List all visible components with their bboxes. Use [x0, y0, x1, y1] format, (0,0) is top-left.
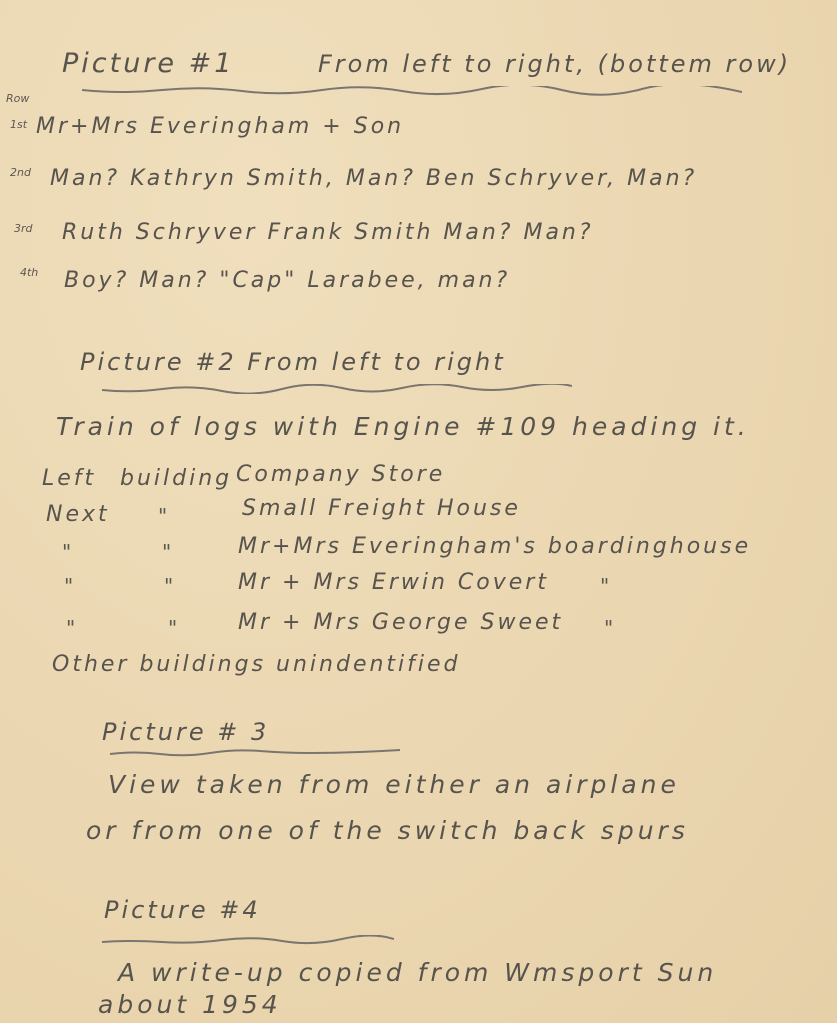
picture-4-heading: Picture #4 — [104, 896, 261, 924]
ditto-mark: " — [158, 504, 167, 528]
building-text: Mr + Mrs George Sweet — [238, 610, 563, 635]
row-text: Mr+Mrs Everingham + Son — [36, 114, 404, 139]
picture-4-line: A write-up copied from Wmsport Sun — [118, 958, 717, 987]
underline-wavy — [110, 748, 400, 758]
row-header-label: Row — [6, 92, 29, 105]
row-label: 1st — [10, 118, 27, 131]
handwritten-note-page: Picture #1 From left to right, (bottem r… — [0, 0, 837, 1023]
row-text: Ruth Schryver Frank Smith Man? Man? — [62, 220, 594, 245]
ditto-mark: " — [66, 616, 75, 640]
picture-2-heading: Picture #2 From left to right — [80, 348, 506, 376]
underline-wavy — [102, 935, 394, 945]
picture-3-heading: Picture # 3 — [102, 718, 269, 746]
row-text: Boy? Man? "Cap" Larabee, man? — [64, 268, 510, 293]
picture-1-subheading: From left to right, (bottem row) — [318, 50, 791, 78]
ditto-mark: " — [168, 616, 177, 640]
ditto-mark: " — [62, 540, 71, 564]
underline-wavy — [82, 86, 742, 96]
picture-3-line: or from one of the switch back spurs — [86, 816, 689, 845]
ditto-mark: " — [162, 540, 171, 564]
building-text: Small Freight House — [242, 496, 521, 521]
building-col1: Next — [46, 502, 110, 527]
picture-4-line: about 1954 — [98, 990, 282, 1019]
picture-2-outro: Other buildings unindentified — [52, 652, 461, 677]
ditto-mark: " — [600, 574, 609, 598]
row-text: Man? Kathryn Smith, Man? Ben Schryver, M… — [50, 166, 697, 191]
picture-1-heading: Picture #1 — [62, 48, 234, 79]
building-text: Mr + Mrs Erwin Covert — [238, 570, 549, 595]
picture-2-intro: Train of logs with Engine #109 heading i… — [56, 412, 750, 441]
building-col2: building — [120, 466, 232, 491]
row-label: 2nd — [10, 166, 31, 179]
ditto-mark: " — [164, 574, 173, 598]
row-label: 3rd — [14, 222, 33, 235]
row-label: 4th — [20, 266, 38, 279]
underline-wavy — [102, 384, 572, 394]
picture-3-line: View taken from either an airplane — [108, 770, 680, 799]
ditto-mark: " — [604, 616, 613, 640]
building-text: Company Store — [236, 462, 445, 487]
building-text: Mr+Mrs Everingham's boardinghouse — [238, 534, 751, 559]
ditto-mark: " — [64, 574, 73, 598]
building-col1: Left — [42, 466, 96, 491]
